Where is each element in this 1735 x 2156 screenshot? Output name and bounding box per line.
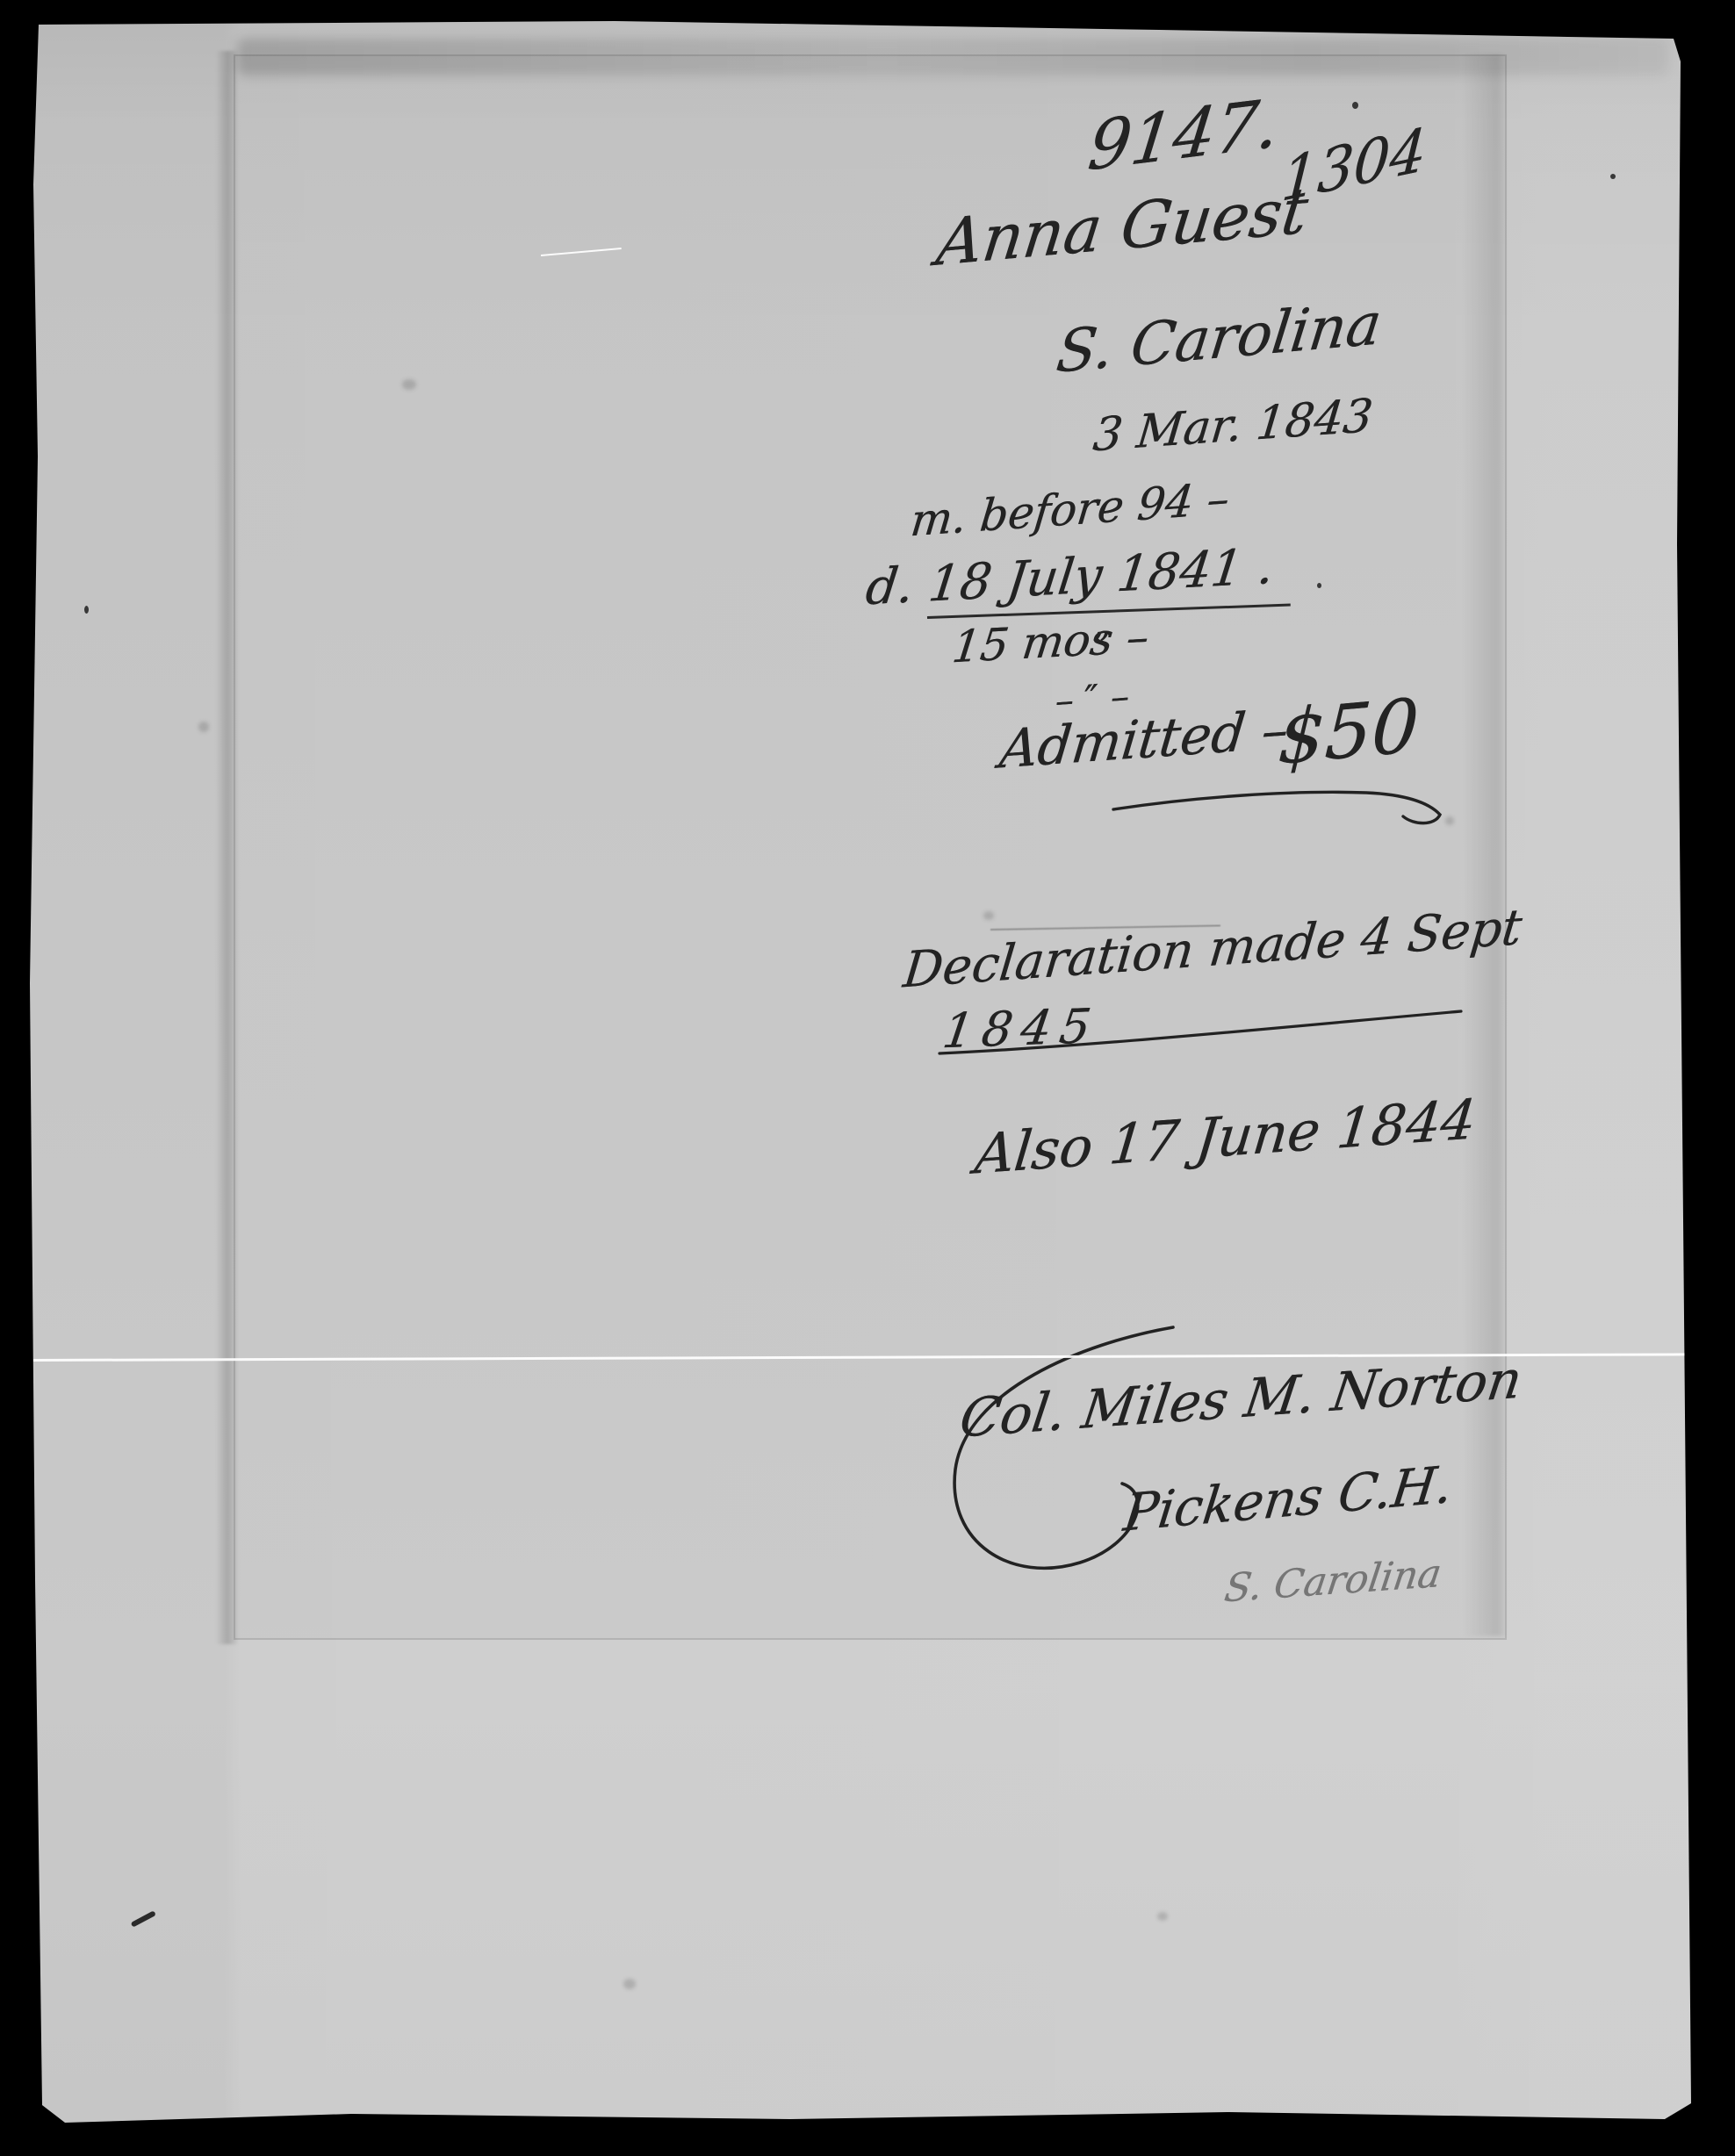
paper-sheet: 9147. 1304 Anna Guest S. Carolina 3 Mar.…	[0, 0, 1735, 2156]
ink-speck	[1610, 174, 1616, 179]
ink-speck	[1352, 102, 1358, 109]
fold-crease-line	[216, 51, 237, 1644]
paper-stain	[983, 911, 994, 920]
duration-note: 15 mos –	[950, 614, 1151, 669]
paper-stain	[1445, 816, 1454, 825]
ink-speck	[84, 606, 89, 614]
declaration-note-line2: 1845	[939, 1003, 1102, 1055]
ink-speck	[1317, 583, 1321, 588]
paper-stain	[402, 379, 416, 390]
paper-stain	[198, 722, 209, 732]
admitted-amount: $50	[1277, 688, 1421, 775]
paper-stain	[623, 1979, 636, 1989]
scanned-document-page: 9147. 1304 Anna Guest S. Carolina 3 Mar.…	[0, 0, 1735, 2156]
paper-stain	[1157, 1912, 1168, 1921]
ink-check-mark	[131, 1910, 156, 1927]
